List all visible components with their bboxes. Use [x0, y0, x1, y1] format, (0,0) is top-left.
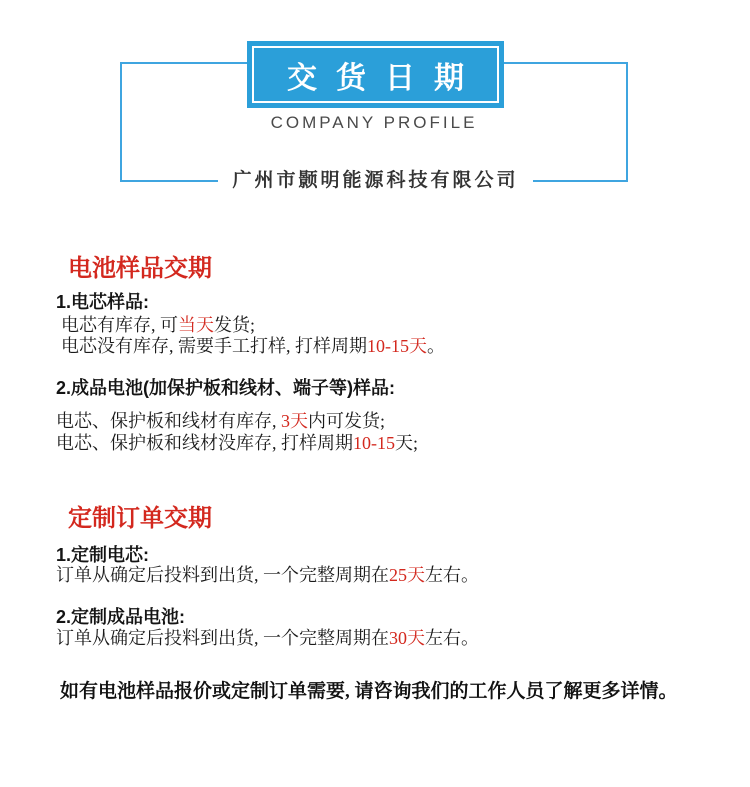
text-segment: 发货;: [214, 315, 255, 335]
custom-item1-line: 订单从确定后投料到出货, 一个完整周期在25天左右。: [56, 565, 479, 586]
sample-item2-line1: 电芯、保护板和线材有库存, 3天内可发货;: [56, 410, 418, 432]
delivery-date-banner: 交货日期: [247, 41, 504, 108]
text-segment: 订单从确定后投料到出货, 一个完整周期在: [56, 565, 389, 585]
company-profile-label: COMPANY PROFILE: [120, 113, 628, 133]
custom-item2-heading: 2.定制成品电池:: [56, 606, 185, 628]
company-name: 广州市颢明能源科技有限公司: [218, 167, 532, 194]
sample-item2-body: 电芯、保护板和线材有库存, 3天内可发货; 电芯、保护板和线材没库存, 打样周期…: [56, 410, 418, 454]
banner-title: 交货日期: [287, 53, 483, 97]
section-title-custom-order: 定制订单交期: [68, 505, 212, 533]
text-segment: 电芯、保护板和线材有库存,: [56, 411, 281, 431]
section-title-battery-sample: 电池样品交期: [68, 255, 212, 283]
text-segment: 电芯、保护板和线材没库存, 打样周期: [56, 433, 353, 453]
sample-item1-line1: 电芯有库存, 可当天发货;: [61, 315, 445, 336]
company-name-row: 广州市颢明能源科技有限公司: [120, 167, 628, 195]
red-highlight: 30天: [389, 628, 425, 648]
red-highlight: 3天: [281, 411, 308, 431]
sample-item1-heading: 1.电芯样品:: [56, 291, 149, 313]
text-segment: 电芯有库存, 可: [61, 315, 178, 335]
custom-item1-heading: 1.定制电芯:: [56, 544, 149, 566]
text-segment: 左右。: [425, 565, 479, 585]
red-highlight: 10-15天: [367, 336, 427, 356]
sample-item2-heading: 2.成品电池(加保护板和线材、端子等)样品:: [56, 377, 395, 399]
sample-item2-line2: 电芯、保护板和线材没库存, 打样周期10-15天;: [56, 432, 418, 454]
text-segment: 天;: [395, 433, 418, 453]
text-segment: 电芯没有库存, 需要手工打样, 打样周期: [61, 336, 367, 356]
banner-inner-border: 交货日期: [252, 46, 499, 103]
sample-item1-body: 电芯有库存, 可当天发货; 电芯没有库存, 需要手工打样, 打样周期10-15天…: [61, 315, 445, 357]
footer-note: 如有电池样品报价或定制订单需要, 请咨询我们的工作人员了解更多详情。: [60, 681, 678, 703]
custom-item1-body: 订单从确定后投料到出货, 一个完整周期在25天左右。: [56, 565, 479, 586]
red-highlight: 10-15: [353, 433, 395, 453]
custom-item2-body: 订单从确定后投料到出货, 一个完整周期在30天左右。: [56, 628, 479, 649]
sample-item1-line2: 电芯没有库存, 需要手工打样, 打样周期10-15天。: [61, 336, 445, 357]
text-segment: 。: [427, 336, 445, 356]
text-segment: 内可发货;: [308, 411, 385, 431]
page-root: 交货日期 COMPANY PROFILE 广州市颢明能源科技有限公司 电池样品交…: [0, 0, 750, 787]
red-highlight: 当天: [178, 315, 214, 335]
red-highlight: 25天: [389, 565, 425, 585]
text-segment: 左右。: [425, 628, 479, 648]
custom-item2-line: 订单从确定后投料到出货, 一个完整周期在30天左右。: [56, 628, 479, 649]
text-segment: 订单从确定后投料到出货, 一个完整周期在: [56, 628, 389, 648]
